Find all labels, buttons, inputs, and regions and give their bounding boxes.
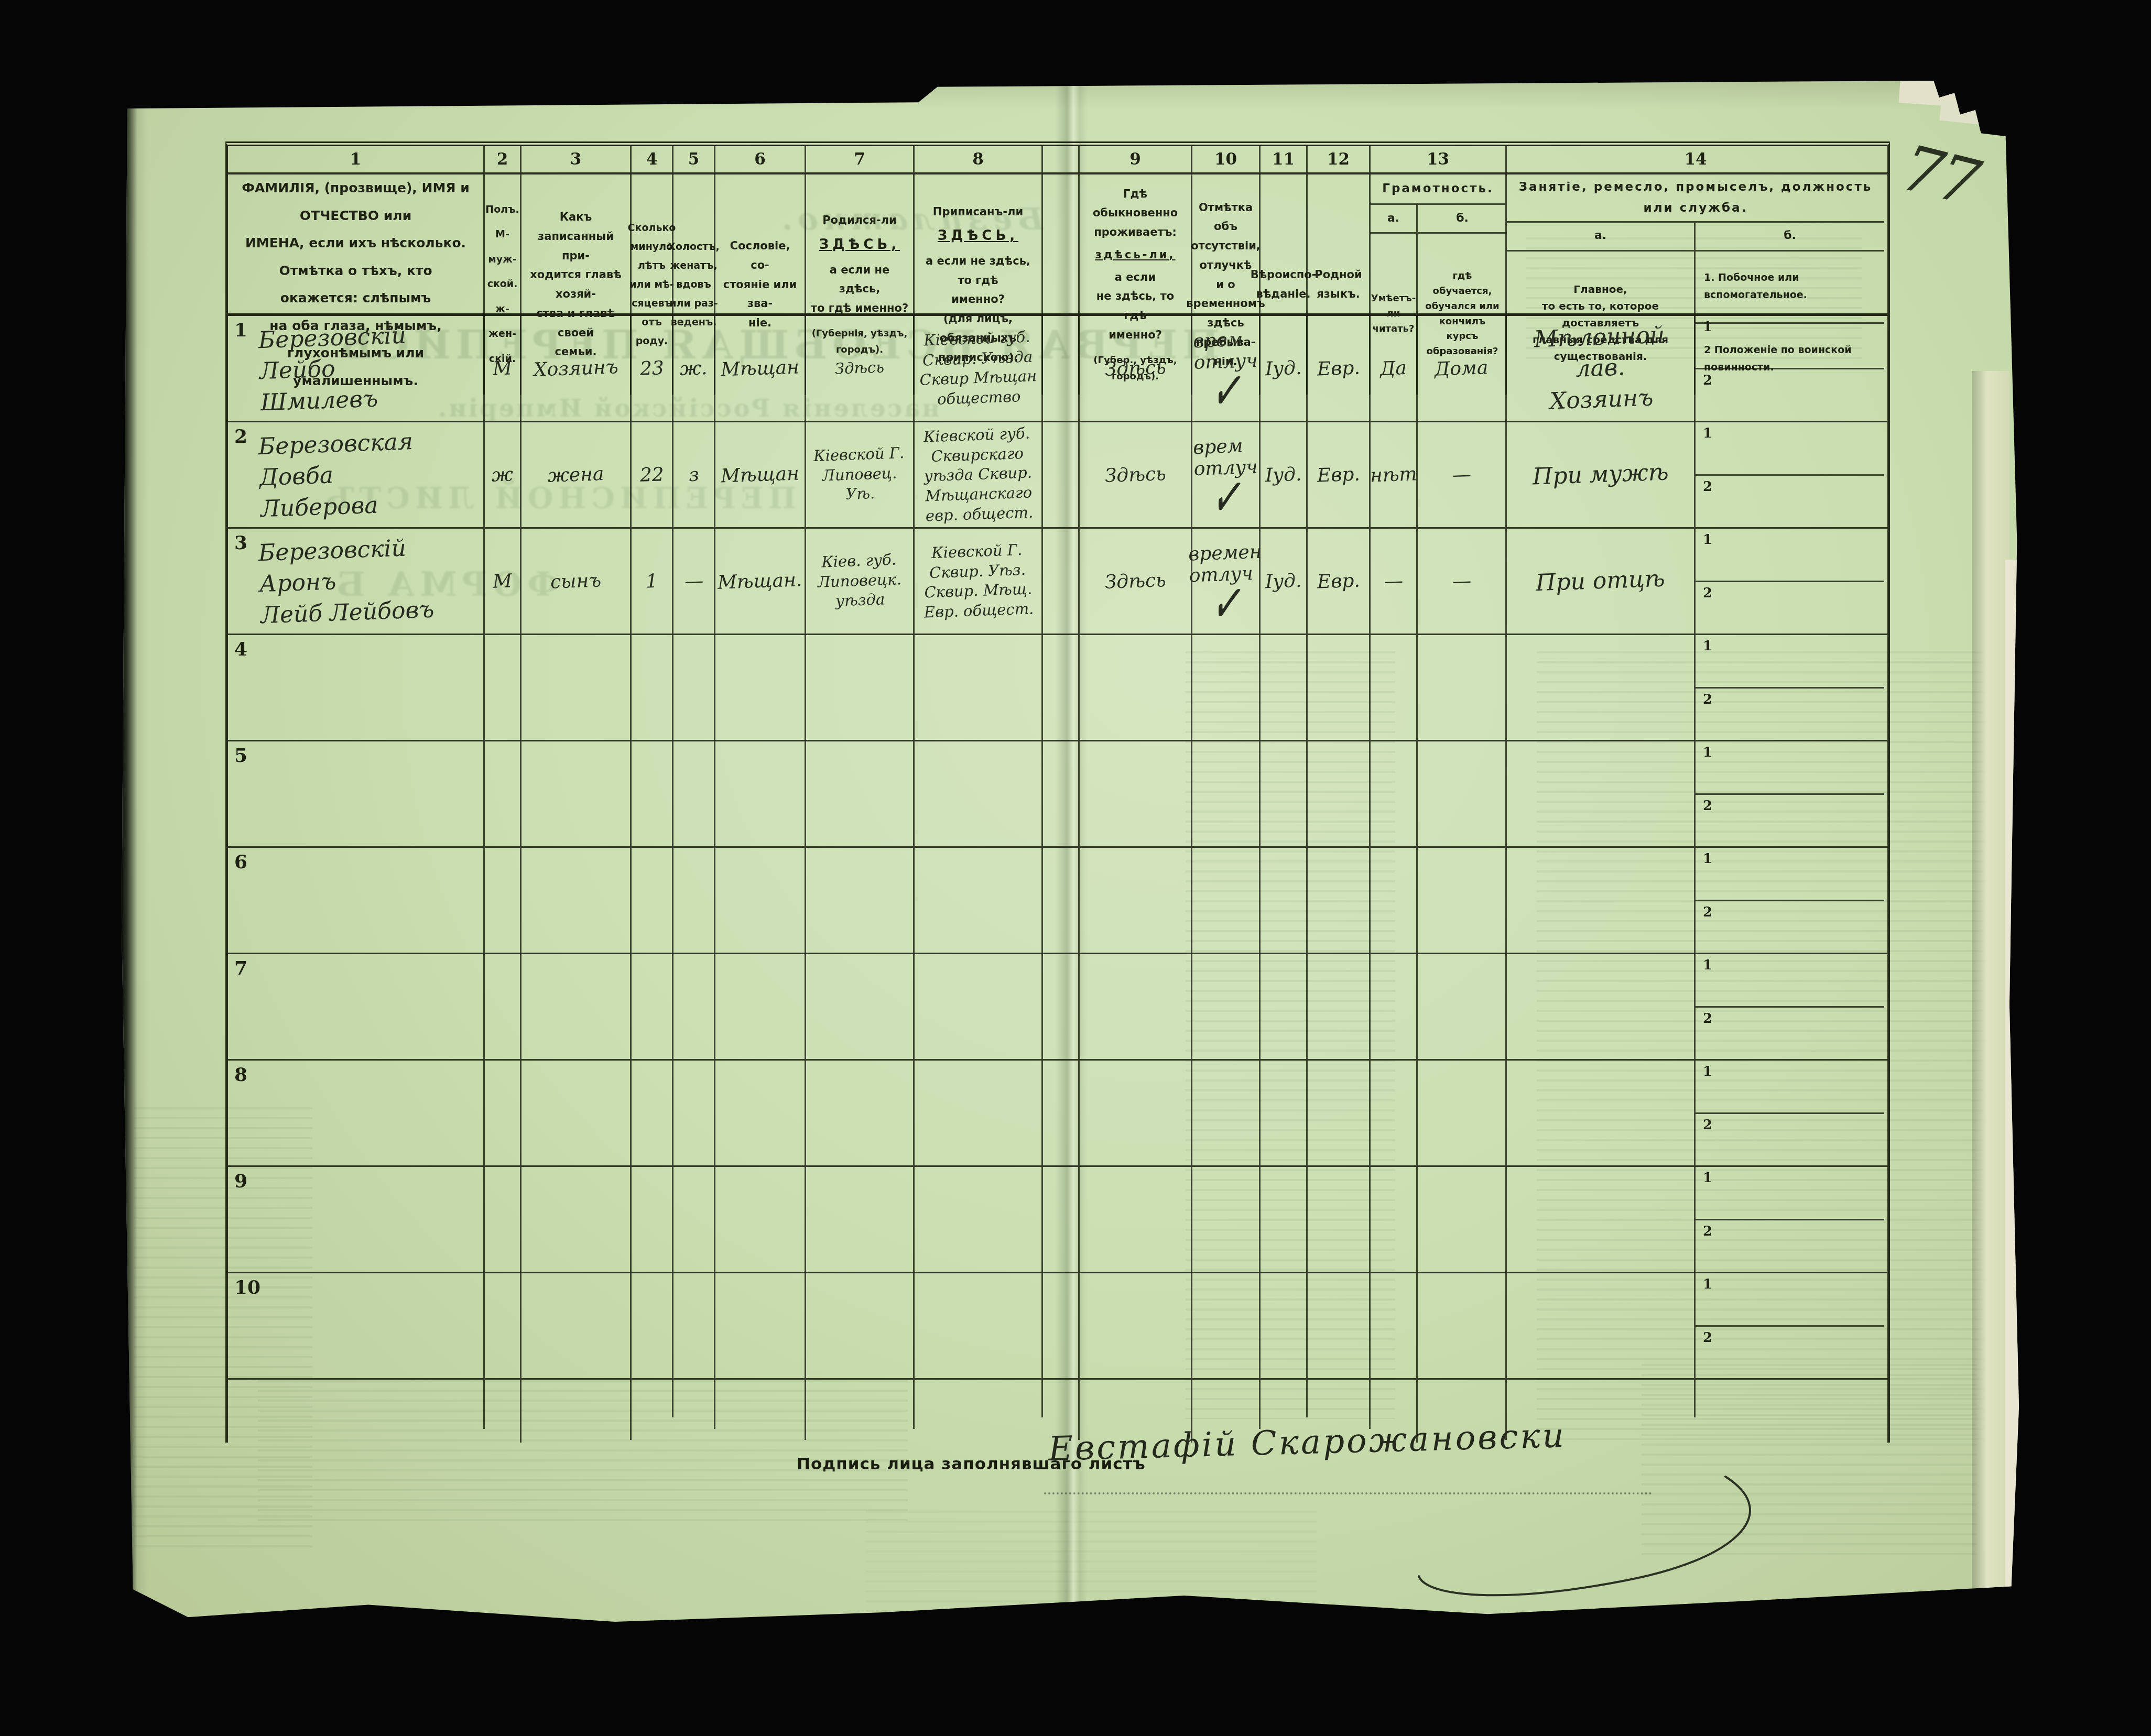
cell-registered [915,741,1043,846]
value-name: Березовскій Аронъ Лейб Лейбовъ [258,530,482,631]
sub-number-1: 1 [1703,745,1712,760]
cell-birthplace [806,1061,915,1165]
value-literacy-a: — [1384,570,1403,592]
cell-literacy-a [1371,848,1418,953]
cell-estate [715,954,806,1059]
header-residence-em: здѣсь-ли, [1095,245,1175,265]
cell-birthplace [806,1167,915,1272]
col-number: 14 [1507,146,1884,172]
value-religion: Іуд. [1265,570,1302,592]
sub-number-2: 2 [1703,585,1712,601]
header-literacy-b-label: б. [1418,205,1507,234]
cell-literacy-b [1418,848,1507,953]
cell-registered [915,954,1043,1059]
cell-occupation-b: 1 2 [1696,422,1884,527]
cell-occupation-a [1507,954,1696,1059]
scanned-census-sheet: Безплатно. ПЕРВАЯ ВСЕОБЩАЯ ПЕРЕПИСЬ насе… [0,0,2151,1736]
value-language: Евр. [1317,570,1360,593]
cell-age: 22 [632,422,673,527]
cell-relation [522,741,632,846]
value-literacy-b: Дома [1435,357,1489,380]
cell-religion: Іуд. [1261,529,1308,634]
cell-religion [1261,635,1308,740]
cell-occupation-a [1507,848,1696,953]
cell-estate [715,1273,806,1378]
cell-registered [915,1167,1043,1272]
value-literacy-b: — [1452,570,1471,592]
occupation-b-sub2: 2 [1696,1114,1884,1166]
cell-marital [673,848,715,953]
row-number: 3 [234,532,247,554]
cell-fold-gap [1043,1273,1080,1378]
value-birthplace: Здѣсь [834,358,884,379]
cell-marital [673,1061,715,1165]
cell-estate: Мѣщан. [715,529,806,634]
cell-registered: Кіевской губ. Сквирскаго уѣзда Сквир. Мѣ… [915,422,1043,527]
cell-language [1308,1273,1371,1378]
checkmark-icon: ✓ [1210,577,1241,633]
header-registered-em: ЗДѢСЬ, [938,224,1018,248]
value-occupation-a: При мужѣ [1532,457,1669,493]
cell-occupation-b: 1 2 [1696,1273,1884,1378]
cell-religion [1261,1273,1308,1378]
cell-estate: Мѣщан [715,422,806,527]
cell-age [632,848,673,953]
cell-literacy-a [1371,741,1418,846]
column-number-row: 1 2 3 4 5 6 7 8 9 10 11 12 13 14 [228,146,1887,174]
cell-occupation-a: Мѣлочной лав. Хозяинъ [1507,316,1696,421]
cell-sex [485,635,522,740]
cell-occupation-b: 1 2 [1696,1061,1884,1165]
cell-literacy-a [1371,954,1418,1059]
value-relation: жена [547,463,604,487]
sub-number-2: 2 [1703,1224,1712,1239]
cell-occupation-a [1507,1273,1696,1378]
col-number: 8 [915,146,1043,172]
occupation-b-sub2: 2 [1696,901,1884,953]
cell-occupation-b: 1 2 [1696,316,1884,421]
cell-literacy-b [1418,1167,1507,1272]
cell-age: 1 [632,529,673,634]
cell-occupation-b: 1 2 [1696,1167,1884,1272]
cell-occupation-a [1507,741,1696,846]
sub-number-2: 2 [1703,692,1712,707]
cell-literacy-a [1371,1273,1418,1378]
cell-registered [915,848,1043,953]
header-occupation-b-item1: 1. Побочное или вспомогательное. [1696,252,1884,324]
cell-occupation-a [1507,1167,1696,1272]
occupation-b-sub2: 2 [1696,1008,1884,1060]
cell-sex: М [485,529,522,634]
sub-number-1: 1 [1703,638,1712,654]
cell-marital [673,635,715,740]
cell-marital [673,741,715,846]
sub-number-1: 1 [1703,957,1712,973]
occupation-b-sub2: 2 [1696,582,1884,634]
value-language: Евр. [1317,357,1360,380]
header-registered-pre: Приписанъ-ли [933,202,1023,222]
cell-name: 8 [228,1061,485,1165]
value-age: 23 [639,357,664,380]
cell-literacy-b [1418,954,1507,1059]
occupation-b-sub2: 2 [1696,476,1884,528]
cell-occupation-b: 1 2 [1696,529,1884,634]
cell-language [1308,954,1371,1059]
cell-relation [522,635,632,740]
cell-age [632,741,673,846]
cell-age [632,1273,673,1378]
cell-occupation-b: 1 2 [1696,848,1884,953]
cell-birthplace [806,848,915,953]
cell-language [1308,741,1371,846]
occupation-b-sub1: 1 [1696,422,1884,476]
cell-name: 5 [228,741,485,846]
cell-language [1308,848,1371,953]
header-occupation-b-label: б. [1696,223,1884,252]
cell-absence [1192,1273,1261,1378]
sub-number-2: 2 [1703,904,1712,920]
cell-relation: сынъ [522,529,632,634]
cell-name: 1 Березовскій Лейбо Шмилевъ [228,316,485,421]
value-age: 22 [639,464,664,486]
cell-name: 9 [228,1167,485,1272]
cell-religion [1261,1061,1308,1165]
col-number: 4 [632,146,673,172]
value-birthplace: Кіев. губ. Липовецк. уѣзда [817,550,903,613]
sub-number-2: 2 [1703,798,1712,814]
cell-registered: Кіевской губ. Сквир. Уѣзда Сквир Мѣщан о… [915,316,1043,421]
sub-number-2: 2 [1703,1011,1712,1027]
cell-registered [915,635,1043,740]
cell-birthplace [806,635,915,740]
occupation-b-sub1: 1 [1696,1273,1884,1327]
cell-relation [522,848,632,953]
occupation-b-sub2: 2 [1696,1220,1884,1272]
value-registered: Кіевской Г. Сквир. Уѣз. Сквир. Мѣщ. Евр.… [922,540,1034,623]
cell-language [1308,1167,1371,1272]
cell-absence [1192,635,1261,740]
cell-estate [715,741,806,846]
cell-sex [485,741,522,846]
sub-number-2: 2 [1703,1330,1712,1346]
cell-registered [915,1273,1043,1378]
header-literacy-title: Грамотность. [1371,174,1505,205]
cell-estate [715,848,806,953]
row-number: 9 [234,1170,247,1192]
cell-estate [715,1167,806,1272]
occupation-b-sub1: 1 [1696,741,1884,795]
cell-age [632,954,673,1059]
left-edge-shadow [119,93,137,1613]
value-marital: — [684,570,703,592]
cell-birthplace: Здѣсь [806,316,915,421]
value-literacy-a: Да [1379,357,1407,380]
cell-relation [522,1167,632,1272]
header-literacy-a-label: а. [1371,205,1416,234]
stacked-page-edge [2005,560,2019,1602]
col-number: 3 [522,146,632,172]
occupation-b-sub1: 1 [1696,635,1884,689]
cell-literacy-a [1371,635,1418,740]
cell-residence [1080,954,1192,1059]
paper-sheet: Безплатно. ПЕРВАЯ ВСЕОБЩАЯ ПЕРЕПИСЬ насе… [122,78,2019,1623]
stacked-page-edge [1972,371,2009,1592]
value-age: 1 [645,570,658,592]
cell-marital [673,954,715,1059]
cell-marital [673,1167,715,1272]
cell-religion [1261,741,1308,846]
cell-occupation-a: При мужѣ [1507,422,1696,527]
cell-fold-gap [1043,316,1080,421]
cell-age: 23 [632,316,673,421]
cell-estate [715,635,806,740]
cell-absence [1192,1167,1261,1272]
cell-relation: Хозяинъ [522,316,632,421]
occupation-b-sub2: 2 [1696,1327,1884,1379]
cell-fold-gap [1043,741,1080,846]
cell-marital: ж. [673,316,715,421]
cell-sex: ж [485,422,522,527]
col-number: 12 [1308,146,1371,172]
signature-flourish [1117,1450,1799,1639]
cell-absence: врем отлуч ✓ [1192,422,1261,527]
cell-occupation-a: При отцѣ [1507,529,1696,634]
value-relation: сынъ [550,570,602,593]
sub-number-1: 1 [1703,1276,1712,1292]
cell-residence: Здѣсь [1080,422,1192,527]
value-occupation-a: При отцѣ [1535,563,1666,599]
header-birthplace-pre: Родился-ли [822,211,897,230]
cell-residence [1080,848,1192,953]
cell-relation [522,1273,632,1378]
cell-fold-gap [1043,1167,1080,1272]
col-number: 7 [806,146,915,172]
value-literacy-a: нѣт [1370,463,1417,486]
cell-registered: Кіевской Г. Сквир. Уѣз. Сквир. Мѣщ. Евр.… [915,529,1043,634]
cell-religion [1261,954,1308,1059]
value-registered: Кіевской губ. Сквирскаго уѣзда Сквир. Мѣ… [922,423,1034,526]
cell-marital: з [673,422,715,527]
value-language: Евр. [1317,463,1360,486]
cell-estate: Мѣщан [715,316,806,421]
col-number: 11 [1261,146,1308,172]
cell-fold-gap [1043,1061,1080,1165]
cell-birthplace [806,1273,915,1378]
cell-residence: Здѣсь [1080,529,1192,634]
value-name: Березовскій Лейбо Шмилевъ [258,318,482,419]
cell-literacy-b: — [1418,422,1507,527]
cell-sex [485,1167,522,1272]
col-number: 5 [673,146,715,172]
cell-sex: М [485,316,522,421]
cell-absence [1192,1061,1261,1165]
table-row: 8 1 2 [228,1061,1887,1167]
cell-sex [485,1061,522,1165]
cell-language: Евр. [1308,422,1371,527]
header-occupation-a-label: а. [1507,223,1694,252]
cell-absence: врем отлуч ✓ [1192,316,1261,421]
header-occupation-title: Занятіе, ремесло, промыселъ, должность и… [1507,174,1884,223]
occupation-b-sub2: 2 [1696,369,1884,421]
row-number: 4 [234,638,247,660]
cell-fold-gap [1043,529,1080,634]
cell-fold-gap [1043,422,1080,527]
cell-name: 6 [228,848,485,953]
cell-relation [522,954,632,1059]
occupation-b-sub2: 2 [1696,689,1884,740]
table-row: 9 1 2 [228,1167,1887,1273]
header-birthplace-post: а если не здѣсь, то гдѣ именно? [810,260,909,318]
cell-language [1308,1061,1371,1165]
cell-language: Евр. [1308,316,1371,421]
cell-sex [485,954,522,1059]
table-row: 2 Березовская Довба Либерова ж жена 22 з… [228,422,1887,529]
cell-occupation-a [1507,635,1696,740]
cell-birthplace: Кіевской Г. Липовец. Уѣ. [806,422,915,527]
cell-residence [1080,1061,1192,1165]
cell-relation [522,1061,632,1165]
cell-literacy-a: Да [1371,316,1418,421]
cell-birthplace [806,954,915,1059]
cell-fold-gap [1043,848,1080,953]
cell-fold-gap [1043,954,1080,1059]
cell-estate [715,1061,806,1165]
table-row: 5 1 2 [228,741,1887,848]
cell-residence [1080,635,1192,740]
cell-sex [485,848,522,953]
sub-number-1: 1 [1703,425,1712,441]
value-estate: Мѣщан [720,356,799,380]
value-name: Березовская Довба Либерова [258,424,482,525]
sub-number-1: 1 [1703,532,1712,548]
value-literacy-b: — [1452,464,1471,486]
occupation-b-sub2: 2 [1696,795,1884,847]
col-number: 6 [715,146,806,172]
cell-religion: Іуд. [1261,422,1308,527]
cell-relation: жена [522,422,632,527]
row-number: 5 [234,745,247,767]
cell-occupation-b: 1 2 [1696,635,1884,740]
cell-occupation-a [1507,1061,1696,1165]
occupation-b-sub1: 1 [1696,529,1884,582]
cell-marital [673,1273,715,1378]
cell-literacy-a: — [1371,529,1418,634]
occupation-b-sub1: 1 [1696,1167,1884,1220]
sub-number-1: 1 [1703,319,1712,335]
cell-name: 7 [228,954,485,1059]
cell-residence [1080,1167,1192,1272]
cell-religion [1261,848,1308,953]
header-row: ФАМИЛІЯ, (прозвище), ИМЯ и ОТЧЕСТВО или … [228,174,1887,316]
cell-name: 10 [228,1273,485,1378]
cell-birthplace: Кіев. губ. Липовецк. уѣзда [806,529,915,634]
cell-religion [1261,1167,1308,1272]
value-estate: Мѣщан [720,463,799,487]
value-religion: Іуд. [1265,357,1302,379]
cell-literacy-b: — [1418,529,1507,634]
cell-literacy-a: нѣт [1371,422,1418,527]
value-marital: з [688,464,699,486]
sub-number-1: 1 [1703,1170,1712,1186]
sub-number-1: 1 [1703,1064,1712,1079]
checkmark-icon: ✓ [1210,471,1241,527]
cell-literacy-a [1371,1061,1418,1165]
cell-age [632,635,673,740]
value-estate: Мѣщан. [718,569,803,594]
cell-absence: времен отлуч ✓ [1192,529,1261,634]
cell-occupation-b: 1 2 [1696,954,1884,1059]
cell-birthplace [806,741,915,846]
cell-literacy-b [1418,741,1507,846]
cell-occupation-b: 1 2 [1696,741,1884,846]
value-marital: ж. [680,357,708,380]
header-birthplace-em: ЗДѢСЬ, [819,233,900,257]
col-number-gap [1043,146,1080,172]
col-number: 13 [1371,146,1507,172]
value-sex: М [492,357,512,379]
cell-name: 4 [228,635,485,740]
sub-number-1: 1 [1703,851,1712,867]
cell-residence [1080,741,1192,846]
handwritten-page-number: 77 [1895,132,1984,220]
cell-marital: — [673,529,715,634]
row-number: 1 [234,319,247,341]
value-residence: Здѣсь [1104,569,1166,593]
cell-fold-gap [1043,635,1080,740]
value-occupation-a: Мѣлочной лав. Хозяинъ [1505,319,1696,419]
table-row: 4 1 2 [228,635,1887,741]
col-number: 2 [485,146,522,172]
cell-religion: Іуд. [1261,316,1308,421]
cell-literacy-b [1418,1061,1507,1165]
col-number: 9 [1080,146,1192,172]
cell-language: Евр. [1308,529,1371,634]
sub-number-2: 2 [1703,373,1712,388]
cell-age [632,1167,673,1272]
value-sex: М [492,570,512,592]
row-number: 7 [234,957,247,979]
value-residence: Здѣсь [1104,463,1166,486]
cell-sex [485,1273,522,1378]
value-relation: Хозяинъ [533,356,618,381]
table-row: 10 1 2 [228,1273,1887,1380]
cell-residence [1080,1273,1192,1378]
cell-absence [1192,954,1261,1059]
col-number: 1 [228,146,485,172]
table-row: 6 1 2 [228,848,1887,954]
value-registered: Кіевской губ. Сквир. Уѣзда Сквир Мѣщан о… [918,327,1038,410]
cell-name: 2 Березовская Довба Либерова [228,422,485,527]
cell-language [1308,635,1371,740]
header-residence-pre: Гдѣ обыкновенно проживаетъ: [1084,184,1187,242]
sub-number-2: 2 [1703,1117,1712,1133]
cell-age [632,1061,673,1165]
cell-absence [1192,848,1261,953]
col-number: 10 [1192,146,1261,172]
cell-registered [915,1061,1043,1165]
value-religion: Іуд. [1265,463,1302,486]
occupation-b-sub1: 1 [1696,1061,1884,1114]
cell-literacy-b [1418,635,1507,740]
census-table: 1 2 3 4 5 6 7 8 9 10 11 12 13 14 ФАМИЛІЯ… [225,141,1890,1443]
row-number: 6 [234,851,247,873]
checkmark-icon: ✓ [1210,364,1241,420]
cell-absence [1192,741,1261,846]
occupation-b-sub1: 1 [1696,848,1884,901]
table-row: 3 Березовскій Аронъ Лейб Лейбовъ М сынъ … [228,529,1887,635]
occupation-b-sub1: 1 [1696,954,1884,1008]
value-birthplace: Кіевской Г. Липовец. Уѣ. [805,443,914,506]
